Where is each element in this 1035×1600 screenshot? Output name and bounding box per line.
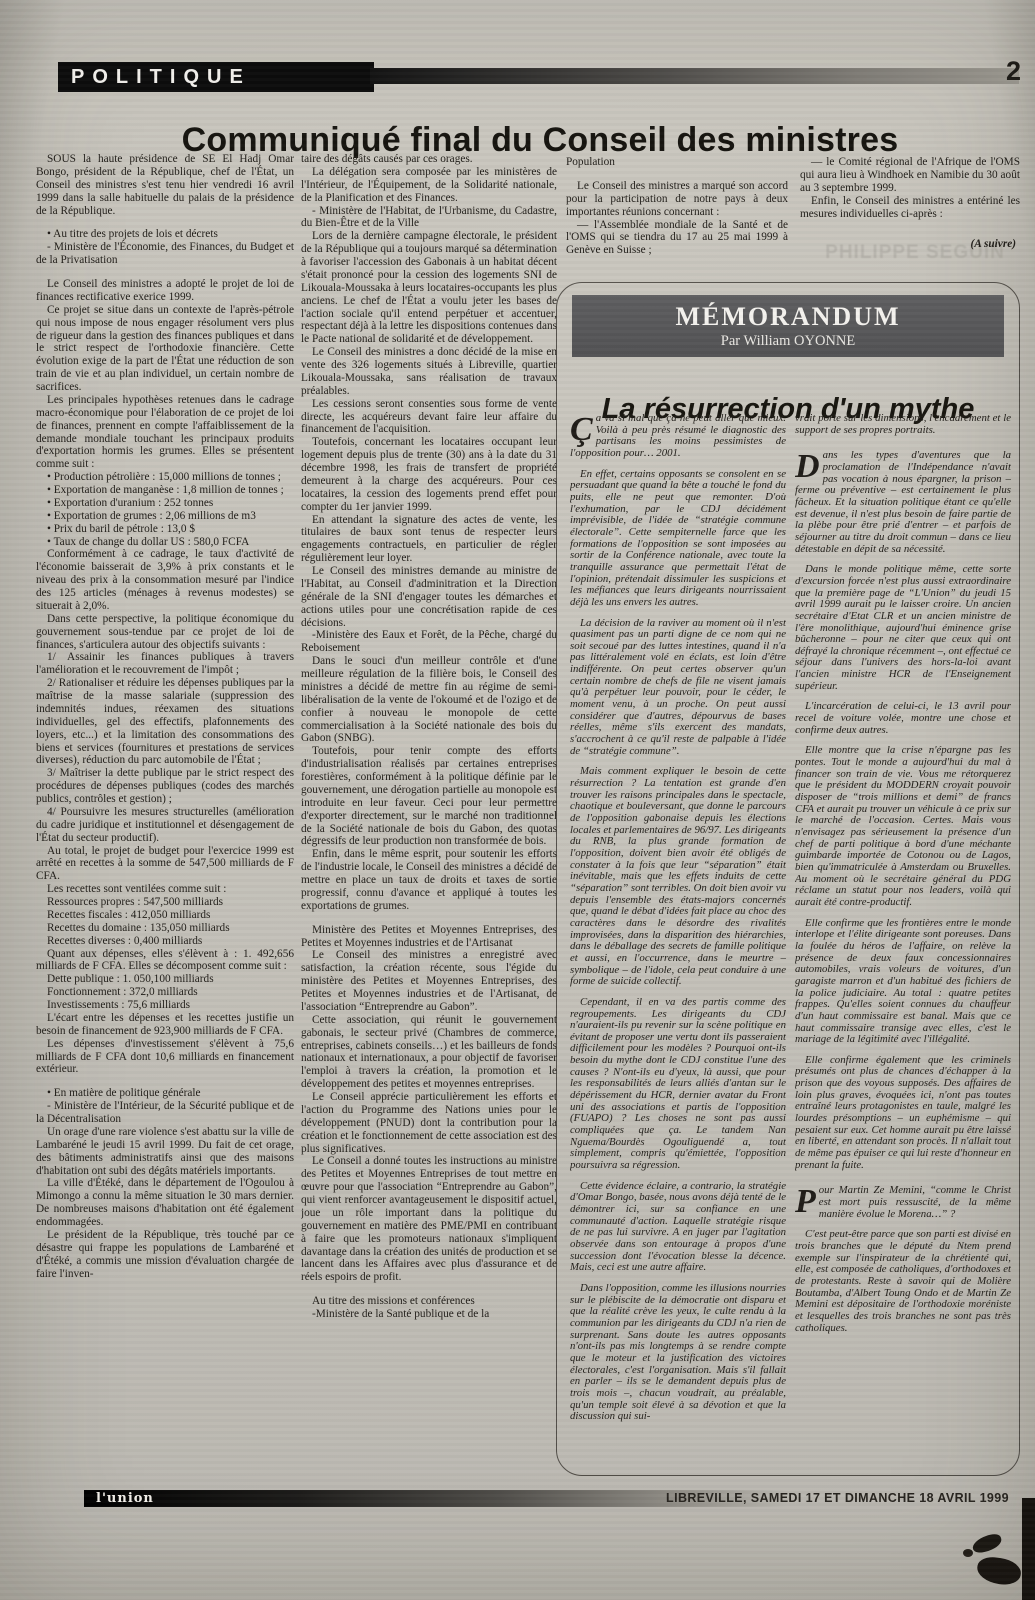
article-paragraph: Elle montre que la crise n'épargne pas l… [795, 745, 1011, 908]
article-paragraph: Les dépenses d'investissement s'élèvent … [36, 1038, 294, 1077]
article-paragraph: • Prix du baril de pétrole : 13,0 $ [36, 523, 294, 536]
article-column-1: SOUS la haute présidence de SE El Hadj O… [36, 153, 294, 1483]
article-column-4: — le Comité régional de l'Afrique de l'O… [800, 156, 1020, 278]
article-paragraph: Ce projet se situe dans un contexte de l… [36, 304, 294, 394]
article-paragraph: En effet, certains opposants se consolen… [570, 469, 786, 609]
article-paragraph: La ville d'Étéké, dans le département de… [36, 1177, 294, 1229]
section-kicker-band: POLITIQUE [58, 62, 1019, 92]
newspaper-page: POLITIQUE 2 Communiqué final du Conseil … [0, 0, 1035, 1600]
ink-smudge-strip [1022, 1498, 1035, 1600]
article-paragraph: SOUS la haute présidence de SE El Hadj O… [36, 153, 294, 217]
article-paragraph: L'écart entre les dépenses et les recett… [36, 1012, 294, 1038]
article-paragraph: - Ministère de l'Économie, des Finances,… [36, 241, 294, 267]
article-paragraph: L'incarcération de celui-ci, le 13 avril… [795, 701, 1011, 736]
article-paragraph: Toutefois, pour tenir compte des efforts… [301, 745, 557, 848]
article-paragraph: Ça va si mal que ça ne peut aller que mi… [570, 413, 786, 460]
memorandum-box: MÉMORANDUM Par William OYONNE La résurre… [556, 282, 1020, 1476]
article-paragraph: • Taux de change du dollar US : 580,0 FC… [36, 536, 294, 549]
footer-date-line: LIBREVILLE, SAMEDI 17 ET DIMANCHE 18 AVR… [666, 1490, 1009, 1507]
article-paragraph: — le Comité régional de l'Afrique de l'O… [800, 156, 1020, 195]
article-paragraph: — l'Assemblée mondiale de la Santé et de… [566, 219, 788, 258]
article-paragraph: (A suivre) [800, 238, 1020, 251]
ink-smudge [975, 1555, 1022, 1587]
article-paragraph: Pour Martin Ze Memini, “comme le Christ … [795, 1185, 1011, 1220]
article-paragraph: • Exportation d'uranium : 252 tonnes [36, 497, 294, 510]
article-paragraph: Dans l'opposition, comme les illusions n… [570, 1283, 786, 1423]
article-paragraph: Quant aux dépenses, elles s'élèvent à : … [36, 948, 294, 974]
article-paragraph: 4/ Poursuivre les mesures structurelles … [36, 806, 294, 845]
article-paragraph: • Production pétrolière : 15,000 million… [36, 471, 294, 484]
article-paragraph: Le Conseil des ministres a marqué son ac… [566, 180, 788, 219]
article-paragraph: Dans le souci d'un meilleur contrôle et … [301, 655, 557, 745]
memorandum-banner-title: MÉMORANDUM [572, 295, 1004, 332]
article-paragraph: Fonctionnement : 372,0 milliards [36, 986, 294, 999]
article-paragraph: Le président de la République, très touc… [36, 1229, 294, 1281]
article-column-3: PopulationLe Conseil des ministres a mar… [566, 156, 788, 278]
article-paragraph: Toutefois, concernant les locataires occ… [301, 436, 557, 513]
drop-cap: P [795, 1185, 819, 1216]
article-paragraph: Elle confirme que les frontières entre l… [795, 918, 1011, 1046]
article-paragraph: -Ministère de la Santé publique et de la [301, 1308, 557, 1321]
article-paragraph: taire des dégâts causés par ces orages. [301, 153, 557, 166]
article-paragraph: Cette association, qui réunit le gouvern… [301, 1014, 557, 1091]
drop-cap: Ç [570, 413, 596, 444]
memorandum-banner: MÉMORANDUM Par William OYONNE [572, 295, 1004, 357]
article-paragraph: • Exportation de grumes : 2,06 millions … [36, 510, 294, 523]
article-paragraph: Ministère des Petites et Moyennes Entrep… [301, 924, 557, 950]
article-paragraph: Le Conseil a donné toutes les instructio… [301, 1155, 557, 1284]
drop-cap: D [795, 450, 823, 481]
article-paragraph: Recettes fiscales : 412,050 milliards [36, 909, 294, 922]
article-paragraph: Cette évidence éclaire, a contrario, la … [570, 1181, 786, 1274]
article-paragraph: Dans cette perspective, la politique éco… [36, 613, 294, 652]
article-paragraph: • Au titre des projets de lois et décret… [36, 228, 294, 241]
article-paragraph: Dette publique : 1. 050,100 milliards [36, 973, 294, 986]
article-paragraph: Cependant, il en va des partis comme des… [570, 997, 786, 1172]
article-paragraph: Au total, le projet de budget pour l'exe… [36, 845, 294, 884]
ink-smudge [963, 1549, 973, 1557]
article-paragraph: 2/ Rationaliser et réduire les dépenses … [36, 677, 294, 767]
article-paragraph: Lors de la dernière campagne électorale,… [301, 230, 557, 346]
article-paragraph: Le Conseil des ministres a donc décidé d… [301, 346, 557, 398]
article-paragraph: Les principales hypothèses retenues dans… [36, 394, 294, 471]
article-paragraph: Enfin, dans le même esprit, pour souteni… [301, 848, 557, 912]
section-kicker: POLITIQUE [58, 62, 1019, 92]
article-paragraph: La délégation sera composée par les mini… [301, 166, 557, 205]
page-number: 2 [1006, 56, 1021, 87]
article-paragraph: Le Conseil des ministres a enregistré av… [301, 949, 557, 1013]
article-paragraph: -Ministère des Eaux et Forêt, de la Pêch… [301, 629, 557, 655]
article-paragraph: En attendant la signature des actes de v… [301, 514, 557, 566]
memorandum-byline: Par William OYONNE [572, 333, 1004, 350]
article-paragraph: Dans le monde politique même, cette sort… [795, 564, 1011, 692]
article-paragraph: Un orage d'une rare violence s'est abatt… [36, 1126, 294, 1178]
article-paragraph: 3/ Maîtriser la dette publique par le st… [36, 767, 294, 806]
article-paragraph: Le Conseil des ministres a adopté le pro… [36, 278, 294, 304]
article-paragraph: Mais comment expliquer le besoin de cett… [570, 766, 786, 987]
article-paragraph: vrait porte sur les dimensions, l'encadr… [795, 413, 1011, 436]
memorandum-column-1: Ça va si mal que ça ne peut aller que mi… [570, 413, 786, 1459]
article-paragraph: Le Conseil apprécie particulièrement les… [301, 1091, 557, 1155]
article-paragraph: Le Conseil des ministres demande au mini… [301, 565, 557, 629]
article-paragraph: • Exportation de manganèse : 1,8 million… [36, 484, 294, 497]
article-paragraph: Au titre des missions et conférences [301, 1295, 557, 1308]
article-paragraph: - Ministère de l'Habitat, de l'Urbanisme… [301, 205, 557, 231]
ink-smudge [970, 1532, 1003, 1556]
article-paragraph: C'est peut-être parce que son parti est … [795, 1229, 1011, 1334]
article-paragraph: 1/ Assainir les finances publiques à tra… [36, 651, 294, 677]
article-paragraph: La décision de la raviver au moment où i… [570, 618, 786, 758]
article-paragraph: Ressources propres : 547,500 milliards [36, 896, 294, 909]
article-paragraph: Recettes du domaine : 135,050 milliards [36, 922, 294, 935]
article-column-2: taire des dégâts causés par ces orages.L… [301, 153, 557, 1483]
memorandum-column-2: vrait porte sur les dimensions, l'encadr… [795, 413, 1011, 1459]
article-paragraph: Elle confirme également que les criminel… [795, 1055, 1011, 1172]
article-paragraph: - Ministère de l'Intérieur, de la Sécuri… [36, 1100, 294, 1126]
article-paragraph: Enfin, le Conseil des ministres a entéri… [800, 195, 1020, 221]
article-paragraph: Population [566, 156, 788, 169]
article-paragraph: • En matière de politique générale [36, 1087, 294, 1100]
article-paragraph: Les recettes sont ventilées comme suit : [36, 883, 294, 896]
article-paragraph: Conformément à ce cadrage, le taux d'act… [36, 548, 294, 612]
article-paragraph: Dans les types d'aventures que la procla… [795, 450, 1011, 555]
article-paragraph: Les cessions seront consenties sous form… [301, 398, 557, 437]
article-paragraph: Recettes diverses : 0,400 milliards [36, 935, 294, 948]
article-paragraph: Investissements : 75,6 milliards [36, 999, 294, 1012]
